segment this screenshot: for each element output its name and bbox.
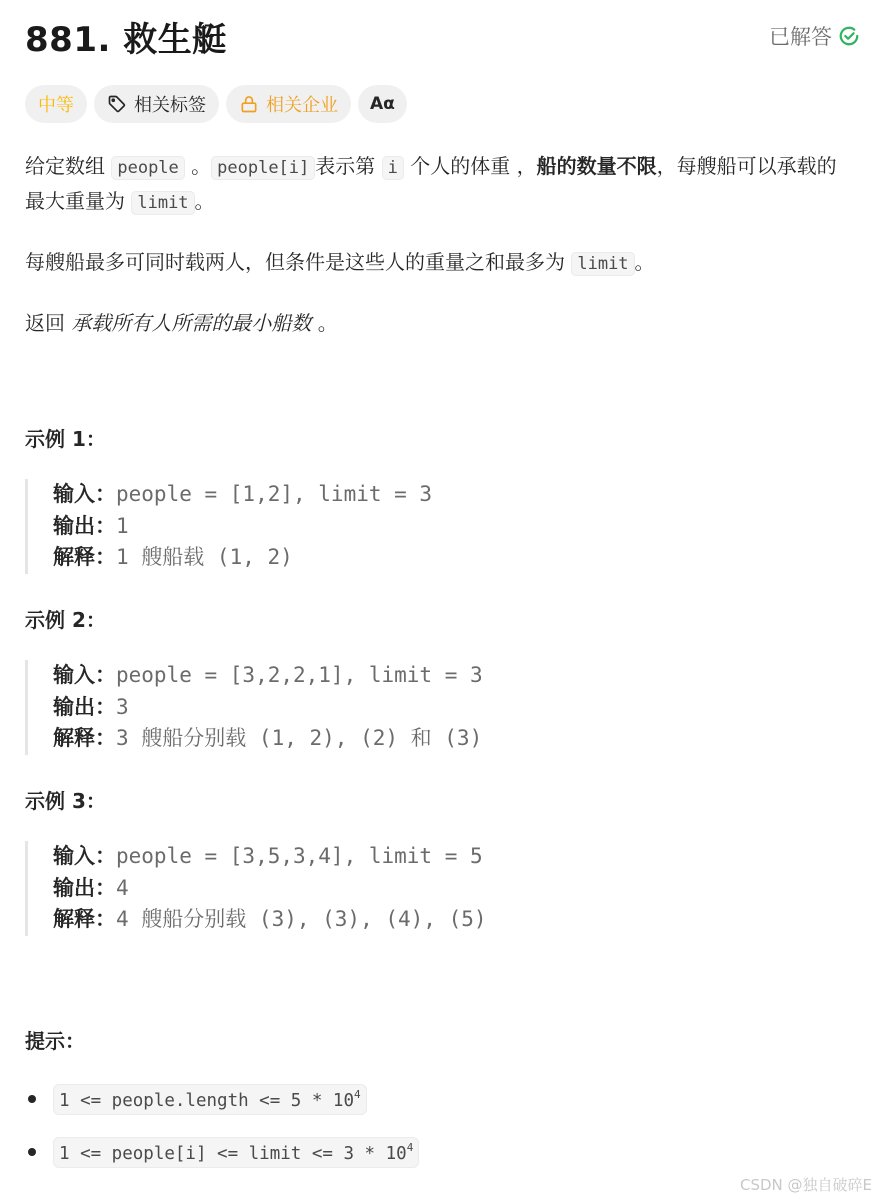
solved-status: 已解答 bbox=[769, 21, 860, 51]
bullet-icon bbox=[28, 1095, 36, 1103]
description-paragraph-3: 返回 承载所有人所需的最小船数 。 bbox=[25, 307, 855, 340]
description-paragraph-2: 每艘船最多可同时载两人，但条件是这些人的重量之和最多为 limit。 bbox=[25, 246, 855, 281]
inline-code: i bbox=[382, 156, 404, 180]
problem-title: 881. 救生艇 bbox=[25, 12, 227, 61]
example-input: 输入：people = [3,5,3,4], limit = 5 bbox=[53, 841, 487, 873]
constraint-item: 1 <= people[i] <= limit <= 3 * 104 bbox=[25, 1135, 419, 1169]
related-topics-button[interactable]: 相关标签 bbox=[94, 85, 219, 123]
watermark: CSDN @独自破碎E bbox=[740, 1174, 872, 1195]
example-explanation: 解释：3 艘船分别载 (1, 2), (2) 和 (3) bbox=[53, 723, 483, 755]
solved-label: 已解答 bbox=[769, 21, 832, 51]
lock-icon bbox=[239, 94, 259, 114]
check-circle-icon bbox=[838, 25, 860, 47]
example-3-block: 输入：people = [3,5,3,4], limit = 5 输出：4 解释… bbox=[25, 841, 487, 936]
example-3-title: 示例 3： bbox=[25, 785, 106, 814]
constraint-code: 1 <= people.length <= 5 * 104 bbox=[53, 1084, 367, 1115]
related-companies-label: 相关企业 bbox=[266, 91, 338, 117]
example-input: 输入：people = [1,2], limit = 3 bbox=[53, 479, 432, 511]
example-output: 输出：3 bbox=[53, 692, 483, 724]
example-explanation: 解释：1 艘船载 (1, 2) bbox=[53, 542, 432, 574]
related-topics-label: 相关标签 bbox=[134, 91, 206, 117]
example-2-title: 示例 2： bbox=[25, 604, 106, 633]
example-1-block: 输入：people = [1,2], limit = 3 输出：1 解释：1 艘… bbox=[25, 479, 432, 574]
example-1-title: 示例 1： bbox=[25, 423, 106, 452]
inline-code: people bbox=[111, 156, 184, 180]
translate-icon: Aα bbox=[370, 94, 395, 114]
tag-bar: 中等 相关标签 相关企业 Aα bbox=[25, 85, 407, 123]
bold-emphasis: 船的数量不限 bbox=[537, 154, 657, 178]
example-2-block: 输入：people = [3,2,2,1], limit = 3 输出：3 解释… bbox=[25, 660, 483, 755]
constraint-code: 1 <= people[i] <= limit <= 3 * 104 bbox=[53, 1137, 419, 1168]
italic-emphasis: 承载所有人所需的最小船数 bbox=[71, 311, 311, 335]
description-paragraph-1: 给定数组 people 。people[i]表示第 i 个人的体重 ，船的数量不… bbox=[25, 150, 855, 220]
example-explanation: 解释：4 艘船分别载 (3), (3), (4), (5) bbox=[53, 904, 487, 936]
translate-button[interactable]: Aα bbox=[358, 85, 407, 123]
inline-code: people[i] bbox=[211, 156, 315, 180]
constraints-list: 1 <= people.length <= 5 * 104 1 <= peopl… bbox=[25, 1082, 419, 1188]
constraint-item: 1 <= people.length <= 5 * 104 bbox=[25, 1082, 419, 1116]
tag-icon bbox=[107, 94, 127, 114]
example-input: 输入：people = [3,2,2,1], limit = 3 bbox=[53, 660, 483, 692]
problem-header: 881. 救生艇 已解答 bbox=[25, 12, 860, 60]
bullet-icon bbox=[28, 1148, 36, 1156]
problem-description: 给定数组 people 。people[i]表示第 i 个人的体重 ，船的数量不… bbox=[25, 150, 855, 366]
related-companies-button[interactable]: 相关企业 bbox=[226, 85, 351, 123]
difficulty-badge[interactable]: 中等 bbox=[25, 85, 87, 123]
inline-code: limit bbox=[571, 252, 634, 276]
inline-code: limit bbox=[131, 191, 194, 215]
example-output: 输出：1 bbox=[53, 511, 432, 543]
problem-page: 881. 救生艇 已解答 中等 相关标签 相关企业 Aα bbox=[0, 0, 876, 1199]
constraints-title: 提示： bbox=[25, 1025, 85, 1054]
example-output: 输出：4 bbox=[53, 873, 487, 905]
